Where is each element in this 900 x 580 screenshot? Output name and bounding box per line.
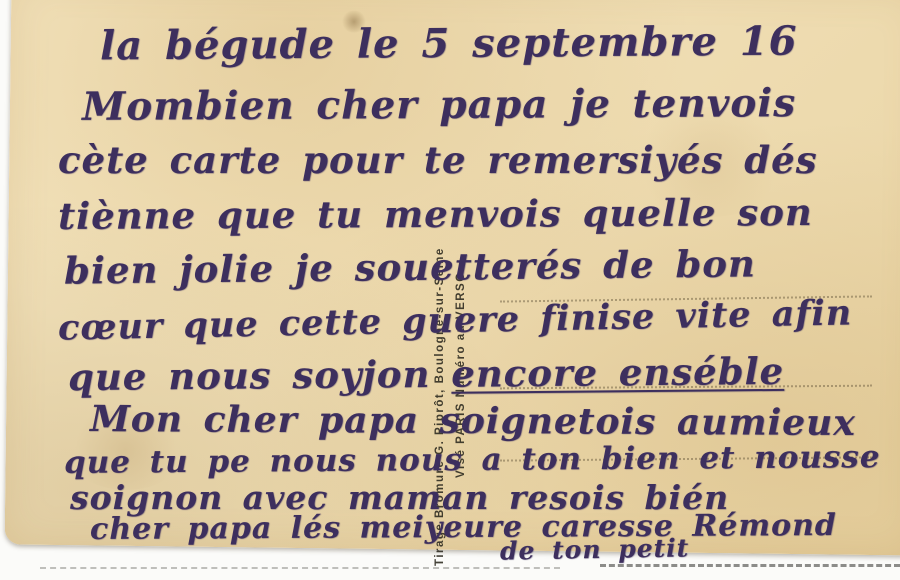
handwriting-text: Mombien cher papa je tenvois bbox=[82, 80, 796, 130]
handwriting-text: de ton petit bbox=[500, 533, 690, 565]
handwriting-text: cète carte pour te remersiyés dés bbox=[58, 138, 818, 182]
handwritten-line: Mombien cher papa je tenvois bbox=[82, 80, 796, 130]
handwritten-line-closing: de ton petit bbox=[500, 533, 690, 565]
handwritten-line: tiènne que tu menvois quelle son bbox=[58, 190, 813, 238]
handwriting-text: tiènne que tu menvois quelle son bbox=[58, 190, 813, 238]
handwritten-line-signature: cher papa lés meiyeure caresse Rémond bbox=[90, 508, 837, 547]
handwriting-text: que nous soyjon bbox=[68, 352, 452, 399]
page: { "colors": { "card": "#efddb3", "ink": … bbox=[0, 0, 900, 580]
handwritten-line: Mon cher papa soignetois aumieux bbox=[90, 398, 856, 444]
handwriting-text: que tu pe nous nous a ton bien et nousse bbox=[64, 439, 881, 481]
handwritten-line: que tu pe nous nous a ton bien et nousse bbox=[64, 439, 881, 481]
handwriting-text: Mon cher papa soignetois aumieux bbox=[90, 398, 856, 444]
handwriting-text: la bégude le 5 septembre 16 bbox=[100, 18, 798, 70]
handwriting-text: bien jolie je souetterés de bon bbox=[64, 241, 756, 292]
handwriting-underlined-text: encore enséble bbox=[451, 349, 784, 396]
handwritten-line: bien jolie je souetterés de bon bbox=[64, 241, 756, 292]
handwritten-line: que nous soyjon encore enséble bbox=[68, 349, 784, 399]
scan-artifact bbox=[40, 567, 560, 569]
handwriting-text: cher papa lés meiyeure caresse Rémond bbox=[90, 508, 837, 547]
scan-artifact bbox=[600, 564, 900, 567]
handwritten-line-date: la bégude le 5 septembre 16 bbox=[100, 18, 798, 70]
handwritten-line: cète carte pour te remersiyés dés bbox=[58, 138, 818, 182]
